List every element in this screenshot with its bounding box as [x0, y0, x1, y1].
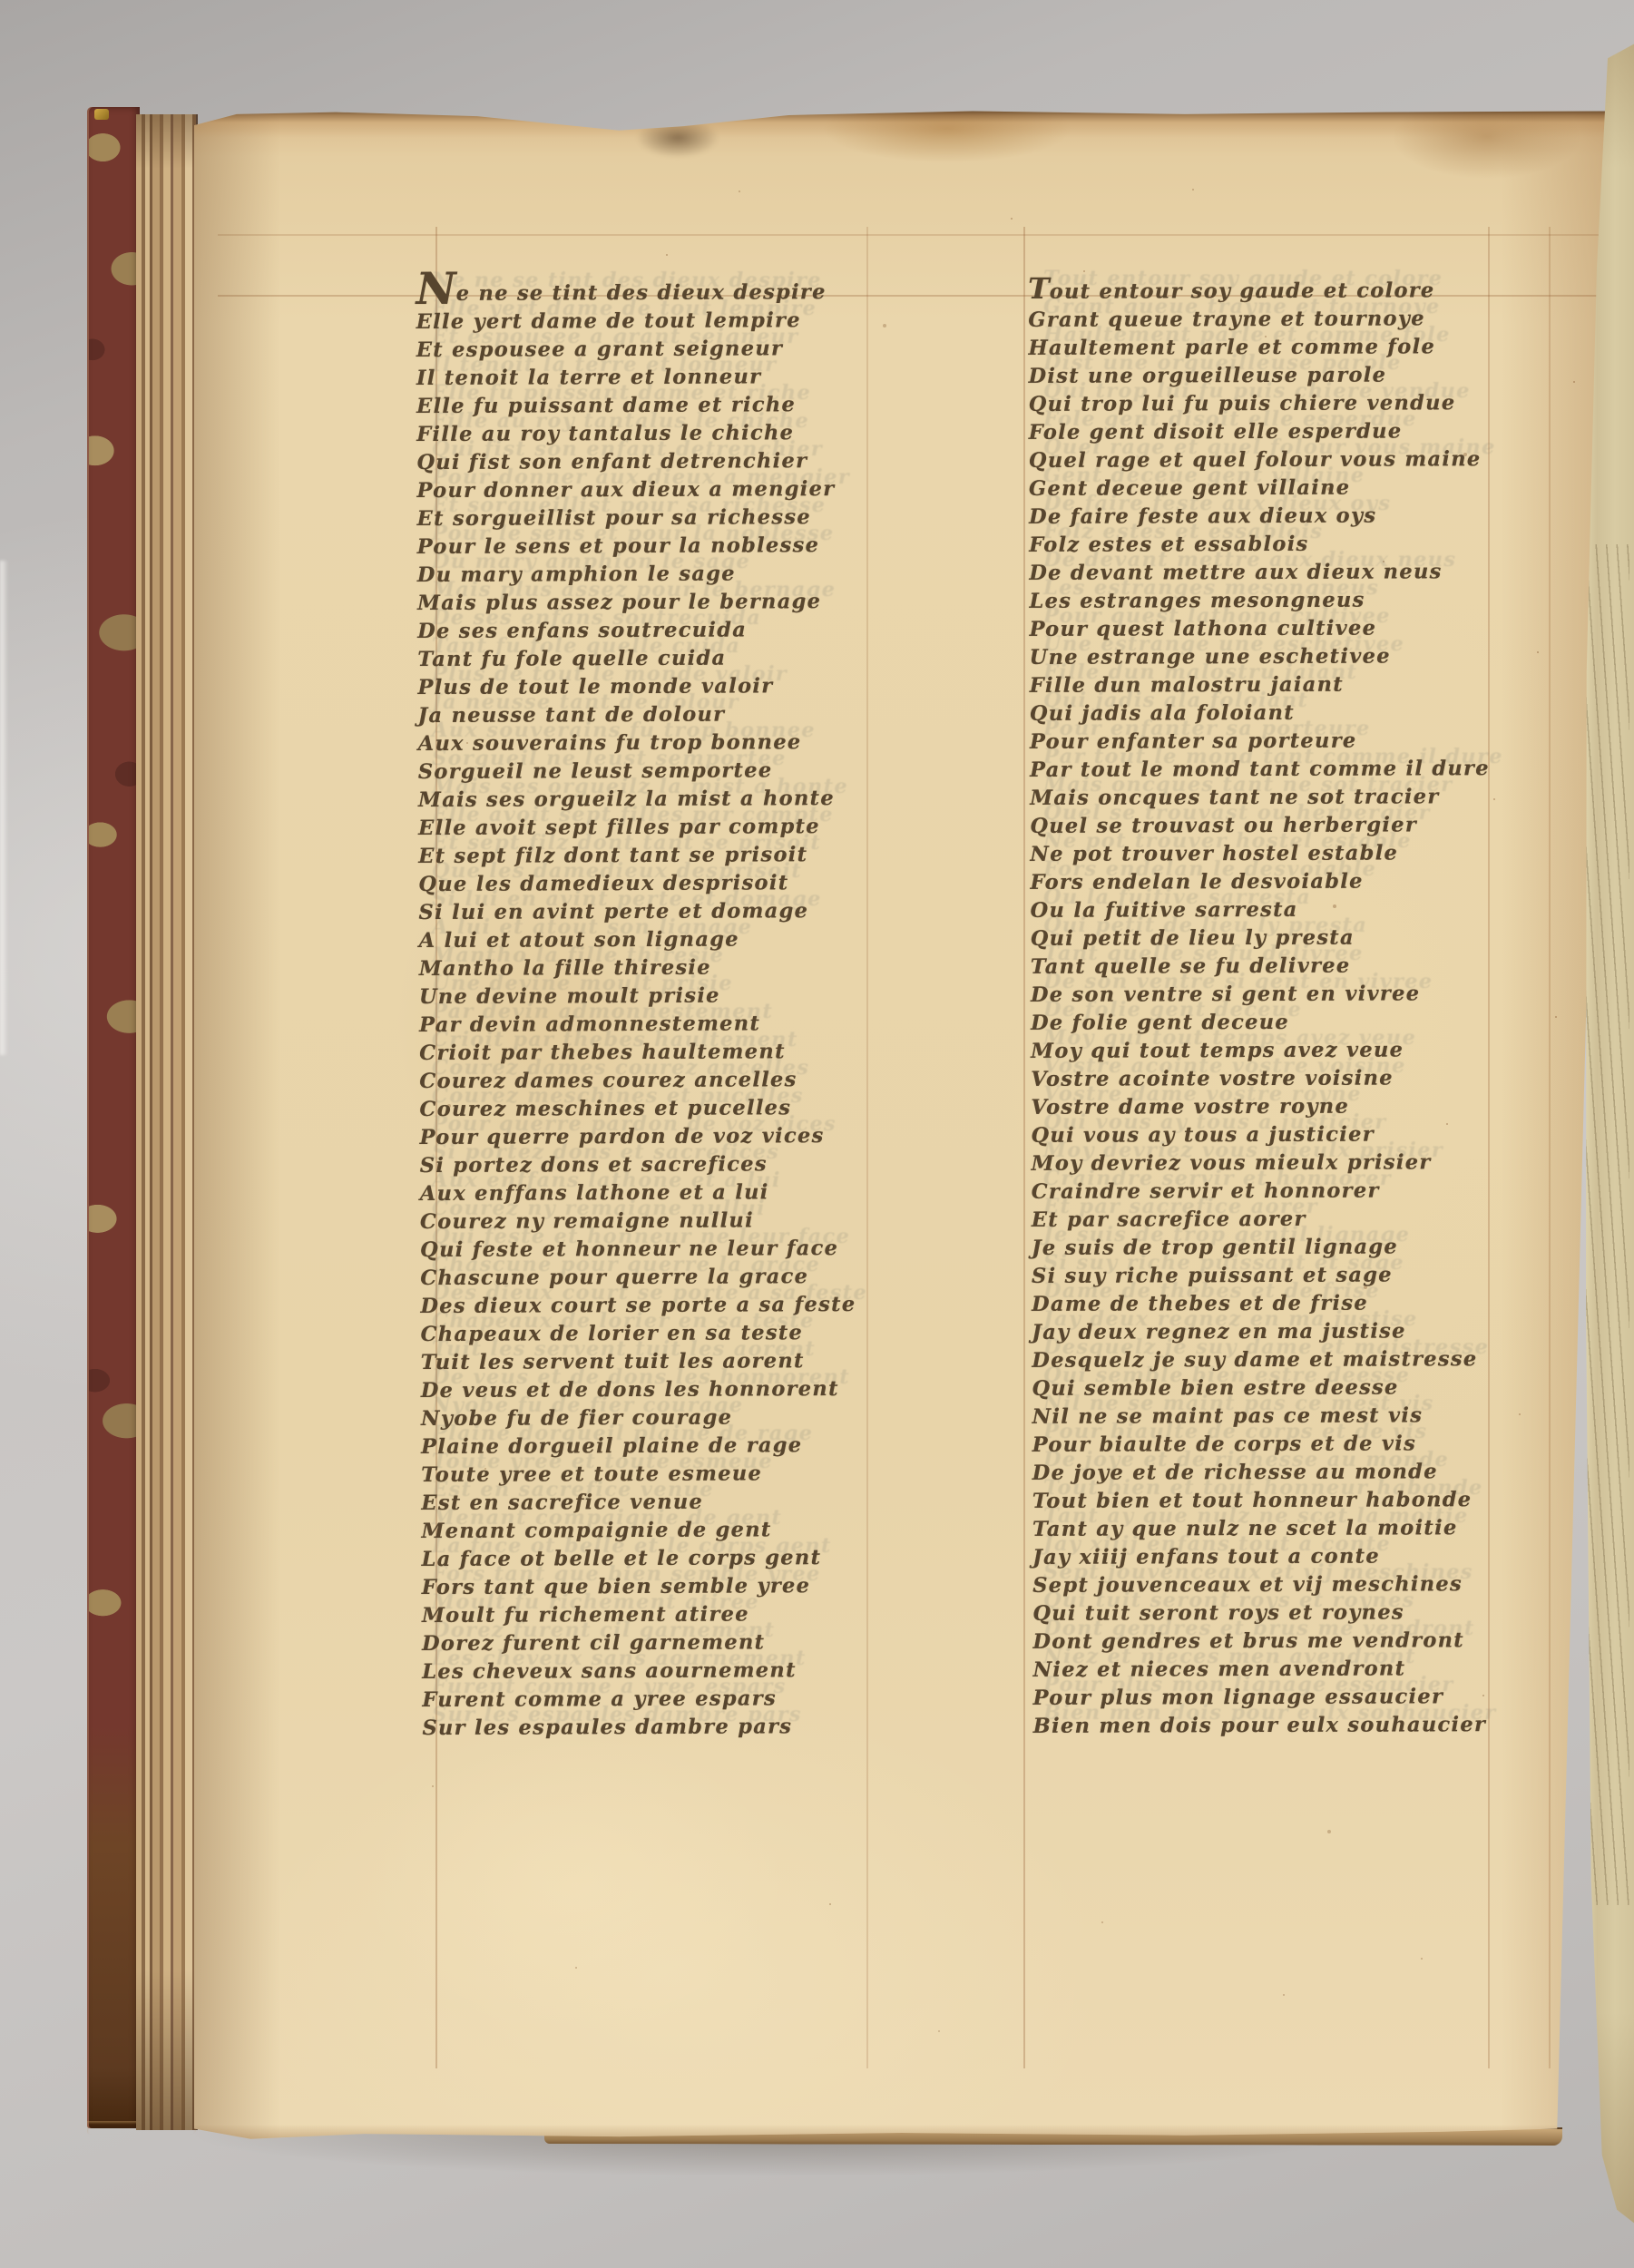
manuscript-line: Toute yree et toute esmeue — [421, 1460, 856, 1490]
manuscript-line: Folz estes et essablois — [1029, 530, 1489, 560]
manuscript-line: De folie gent deceue — [1031, 1008, 1491, 1038]
manuscript-line: Pour le sens et pour la noblesse — [417, 532, 853, 562]
text-column-right: Tout entour soy gaude et coloreGrant que… — [1028, 277, 1492, 1741]
background-light-sliver — [0, 561, 8, 1055]
manuscript-line: Vostre dame vostre royne — [1031, 1092, 1491, 1122]
photo-background: Ne ne se tint des dieux despireElle yert… — [0, 0, 1634, 2268]
manuscript-line: Aux enffans lathone et a lui — [420, 1178, 856, 1208]
manuscript-line: Les estranges mesongneus — [1029, 586, 1489, 616]
manuscript-line: Jay deux regnez en ma justise — [1032, 1317, 1492, 1347]
manuscript-line: Dorez furent cil garnement — [422, 1628, 857, 1658]
manuscript-line: Par tout le mond tant comme il dure — [1030, 755, 1490, 785]
manuscript-line: Grant queue trayne et tournoye — [1028, 305, 1488, 335]
ruling-line-horizontal — [218, 234, 1610, 236]
parchment-light-patch — [294, 1686, 856, 2085]
manuscript-line: Fille au roy tantalus le chiche — [416, 419, 852, 449]
manuscript-line: Jay xiiij enfans tout a conte — [1032, 1542, 1492, 1572]
manuscript-line: Quel se trouvast ou herbergier — [1030, 811, 1490, 841]
manuscript-line: Moy devriez vous mieulx prisier — [1032, 1149, 1492, 1178]
manuscript-line: Pour biaulte de corps et de vis — [1032, 1430, 1492, 1460]
manuscript-line: Vostre acointe vostre voisine — [1031, 1064, 1491, 1094]
manuscript-line: Pour quest lathona cultivee — [1029, 614, 1489, 644]
manuscript-line: Fors tant que bien semble yree — [422, 1572, 857, 1602]
manuscript-line: Que les damedieux desprisoit — [418, 869, 854, 899]
manuscript-line: Courez dames courez ancelles — [419, 1066, 855, 1096]
manuscript-line: Pour donner aux dieux a mengier — [416, 475, 852, 505]
manuscript-line: Mais plus assez pour le bernage — [417, 588, 853, 618]
manuscript-line: Dame de thebes et de frise — [1032, 1289, 1492, 1319]
manuscript-line: Nyobe fu de fier courage — [421, 1403, 856, 1433]
manuscript-line: Qui jadis ala foloiant — [1030, 699, 1490, 728]
manuscript-line: Ne ne se tint des dieux despire — [416, 279, 851, 308]
manuscript-line: Tant quelle se fu delivree — [1031, 952, 1491, 982]
gutter-shading — [194, 107, 280, 2141]
cover-gilt-fleck — [94, 109, 109, 120]
manuscript-line: Nil ne se maint pas ce mest vis — [1032, 1402, 1492, 1432]
manuscript-line: Elle yert dame de tout lempire — [416, 307, 852, 337]
manuscript-line: Tuit les servent tuit les aorent — [421, 1347, 856, 1377]
manuscript-line: Sept jouvenceaux et vij meschines — [1032, 1570, 1492, 1600]
manuscript-line: La face ot belle et le corps gent — [422, 1544, 857, 1574]
manuscript-line: Gent deceue gent villaine — [1029, 474, 1489, 503]
manuscript-line: Haultement parle et comme fole — [1028, 333, 1488, 363]
manuscript-line: Qui trop lui fu puis chiere vendue — [1029, 389, 1489, 419]
ruling-line-vertical — [1023, 227, 1025, 2068]
manuscript-line: Il tenoit la terre et lonneur — [416, 363, 852, 393]
manuscript-line: Dont gendres et brus me vendront — [1032, 1627, 1492, 1657]
manuscript-line: Si portez dons et sacrefices — [420, 1150, 856, 1180]
manuscript-line: Elle fu puissant dame et riche — [416, 391, 852, 421]
manuscript-line: Aux souverains fu trop bonnee — [418, 728, 854, 758]
parchment-speckles — [194, 107, 196, 109]
manuscript-line: Courez ny remaigne nullui — [420, 1207, 856, 1237]
manuscript-line: Les cheveux sans aournement — [422, 1657, 857, 1686]
manuscript-line: Quel rage et quel folour vous maine — [1029, 445, 1489, 475]
manuscript-line: Elle avoit sept filles par compte — [418, 813, 854, 843]
manuscript-page: Ne ne se tint des dieux despireElle yert… — [194, 107, 1610, 2141]
manuscript-line: Sorgueil ne leust semportee — [418, 757, 854, 787]
manuscript-line: Crioit par thebes haultement — [419, 1038, 855, 1068]
manuscript-line: Mais ses orgueilz la mist a honte — [418, 785, 854, 815]
manuscript-line: Furent comme a yree espars — [422, 1685, 857, 1715]
manuscript-line: De faire feste aux dieux oys — [1029, 502, 1489, 532]
manuscript-line: Fors endelan le desvoiable — [1030, 867, 1490, 897]
book-cover-marbled — [87, 107, 140, 2128]
manuscript-line: Plus de tout le monde valoir — [417, 672, 853, 702]
manuscript-line: Niez et nieces men avendront — [1032, 1655, 1492, 1685]
manuscript-line: Et sorgueillist pour sa richesse — [417, 503, 853, 533]
manuscript-line: Qui fist son enfant detrenchier — [416, 447, 852, 477]
manuscript-line: Tant fu fole quelle cuida — [417, 644, 853, 674]
manuscript-line: Et espousee a grant seigneur — [416, 335, 852, 365]
manuscript-line: Si lui en avint perte et domage — [418, 897, 854, 927]
manuscript-line: A lui et atout son lignage — [419, 925, 855, 955]
manuscript-line: Qui semble bien estre deesse — [1032, 1374, 1492, 1403]
manuscript-line: Fole gent disoit elle esperdue — [1029, 417, 1489, 447]
manuscript-line: Sur les espaules dambre pars — [422, 1713, 857, 1743]
manuscript-line: Moy qui tout temps avez veue — [1031, 1036, 1491, 1066]
manuscript-line: Si suy riche puissant et sage — [1032, 1261, 1492, 1291]
manuscript-line: Qui vous ay tous a justicier — [1031, 1120, 1491, 1150]
manuscript-line: Ja neusse tant de dolour — [418, 700, 854, 730]
text-column-left: Ne ne se tint des dieux despireElle yert… — [416, 279, 857, 1743]
manuscript-line: De veus et de dons les honnorent — [421, 1375, 856, 1405]
manuscript-line: De joye et de richesse au monde — [1032, 1458, 1492, 1488]
manuscript-line: De son ventre si gent en vivree — [1031, 980, 1491, 1010]
manuscript-line: Bien men dois pour eulx souhaucier — [1033, 1711, 1493, 1741]
page-top-burned-rim — [194, 107, 1610, 138]
manuscript-line: Pour querre pardon de voz vices — [420, 1122, 856, 1152]
manuscript-line: Chapeaux de lorier en sa teste — [420, 1319, 856, 1349]
manuscript-line: Tout entour soy gaude et colore — [1028, 277, 1488, 307]
manuscript-line: Fille dun malostru jaiant — [1030, 670, 1490, 700]
manuscript-line: Pour enfanter sa porteure — [1030, 727, 1490, 757]
manuscript-line: Par devin admonnestement — [419, 1010, 855, 1040]
manuscript-line: Et sept filz dont tant se prisoit — [418, 841, 854, 871]
manuscript-line: Plaine dorgueil plaine de rage — [421, 1432, 856, 1461]
manuscript-line: De ses enfans soutrecuida — [417, 616, 853, 646]
manuscript-line: Qui tuit seront roys et roynes — [1032, 1598, 1492, 1628]
manuscript-line: Tout bien et tout honneur habonde — [1032, 1486, 1492, 1516]
manuscript-line: Moult fu richement atiree — [422, 1600, 857, 1630]
manuscript-line: Ou la fuitive sarresta — [1031, 895, 1491, 925]
manuscript-line: Mantho la fille thiresie — [419, 953, 855, 983]
manuscript-line: Menant compaignie de gent — [421, 1516, 856, 1546]
manuscript-line: Ne pot trouver hostel estable — [1030, 839, 1490, 869]
manuscript-line: Des dieux court se porte a sa feste — [420, 1291, 856, 1321]
manuscript-line: Pour plus mon lignage essaucier — [1033, 1683, 1493, 1713]
manuscript-line: Et par sacrefice aorer — [1032, 1205, 1492, 1235]
manuscript-line: Mais oncques tant ne sot tracier — [1030, 783, 1490, 813]
page-stack-edges — [136, 114, 196, 2130]
manuscript-line: Du mary amphion le sage — [417, 560, 853, 590]
manuscript-line: Une estrange une eschetivee — [1030, 642, 1490, 672]
manuscript-line: Je suis de trop gentil lignage — [1032, 1233, 1492, 1263]
manuscript-line: Desquelz je suy dame et maistresse — [1032, 1345, 1492, 1375]
manuscript-line: Qui petit de lieu ly presta — [1031, 924, 1491, 953]
manuscript-line: De devant mettre aux dieux neus — [1029, 558, 1489, 588]
manuscript-line: Qui feste et honneur ne leur face — [420, 1235, 856, 1265]
manuscript-line: Courez meschines et pucelles — [419, 1094, 855, 1124]
manuscript-line: Chascune pour querre la grace — [420, 1263, 856, 1293]
manuscript-line: Une devine moult prisie — [419, 982, 855, 1012]
manuscript-line: Tant ay que nulz ne scet la moitie — [1032, 1514, 1492, 1544]
manuscript-line: Dist une orgueilleuse parole — [1029, 361, 1489, 391]
manuscript-line: Est en sacrefice venue — [421, 1488, 856, 1518]
manuscript-line: Craindre servir et honnorer — [1032, 1177, 1492, 1207]
